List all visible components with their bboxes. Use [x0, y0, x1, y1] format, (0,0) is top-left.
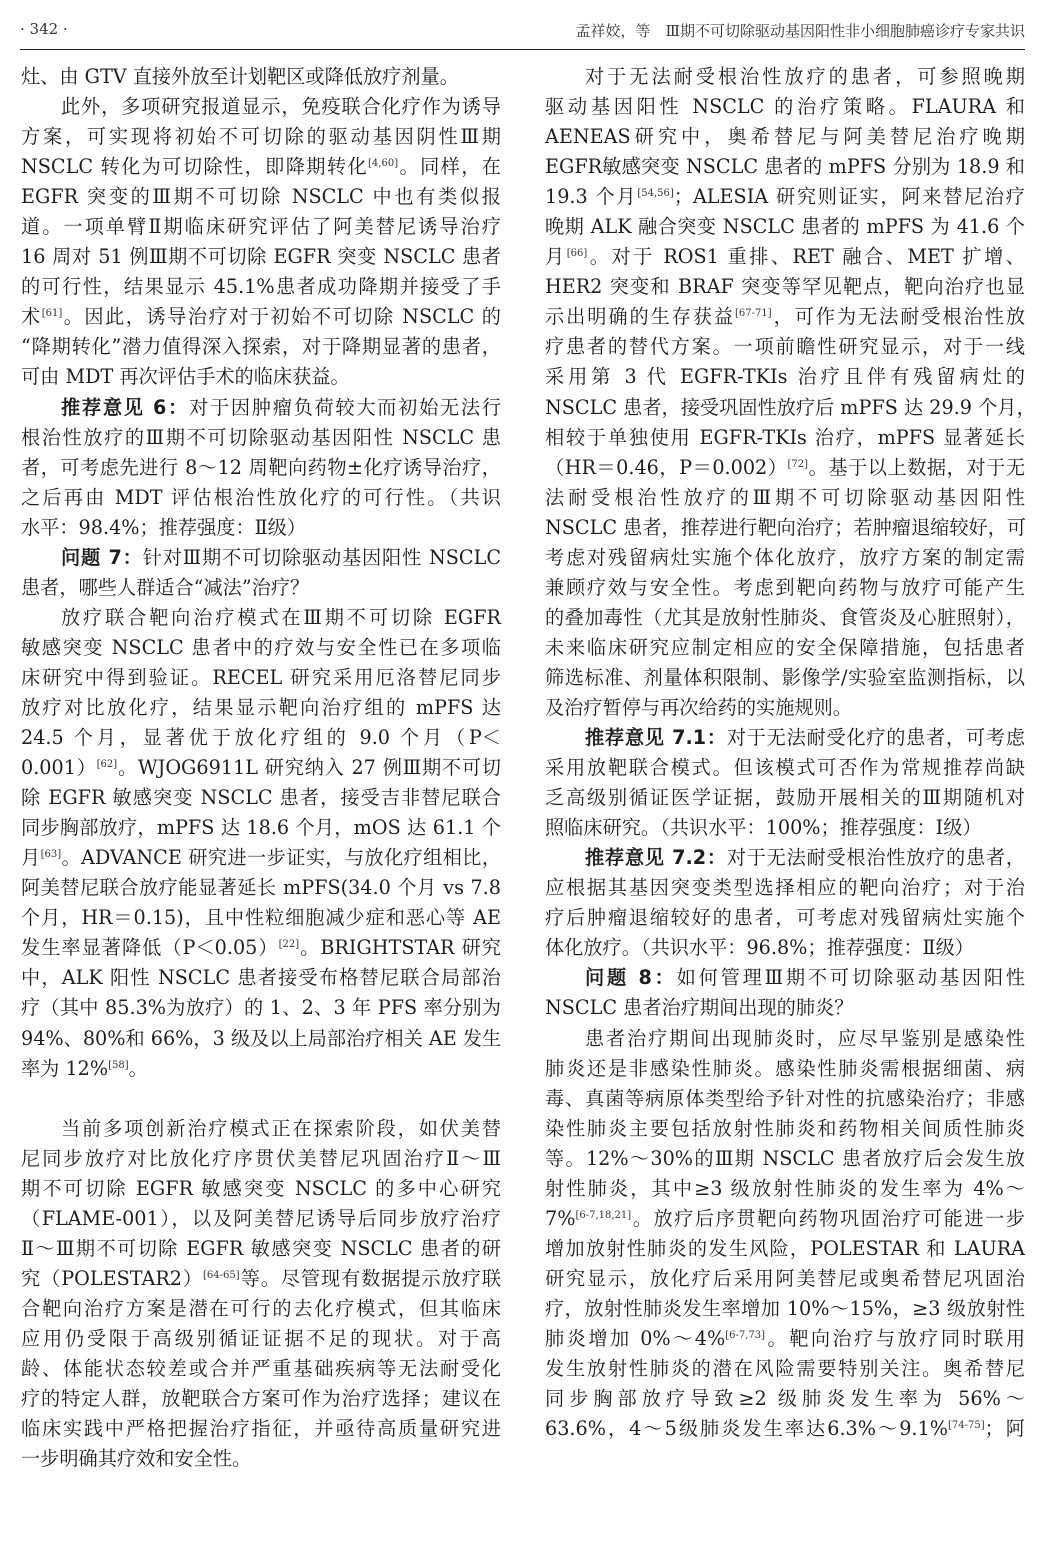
text-line: 问题 8：如何管理Ⅲ期不可切除驱动基因阳性 — [545, 963, 1025, 993]
page-number: · 342 · — [20, 20, 68, 38]
text-line: 方案，可实现将初始不可切除的驱动基因阴性Ⅲ期 — [21, 122, 501, 152]
text-line: 一步明确其疗效和安全性。 — [21, 1444, 501, 1474]
text-line: 根治性放疗的Ⅲ期不可切除驱动基因阳性 NSCLC 患 — [21, 423, 501, 453]
text-line: 月[63]。ADVANCE 研究进一步证实，与放化疗组相比， — [21, 843, 501, 873]
citation: [62] — [97, 759, 118, 770]
text-line — [21, 1084, 501, 1114]
text-line: 增加放射性肺炎的发生风险，POLESTAR 和 LAURA — [545, 1234, 1025, 1264]
page-header: · 342 · 孟祥姣，等 Ⅲ期不可切除驱动基因阳性非小细胞肺癌诊疗专家共识 — [20, 14, 1025, 50]
text-line: 驱动基因阳性 NSCLC 的治疗策略。FLAURA 和 — [545, 92, 1025, 122]
text-line: 除 EGFR 敏感突变 NSCLC 患者，接受吉非替尼联合 — [21, 783, 501, 813]
text-line: 16 周对 51 例Ⅲ期不可切除 EGFR 突变 NSCLC 患者 — [21, 242, 501, 272]
text-line: 临床实践中严格把握治疗指征，并亟待高质量研究进 — [21, 1414, 501, 1444]
bold-label: 推荐意见 6： — [61, 396, 189, 419]
text-line: 疗（其中 85.3%为放疗）的 1、2、3 年 PFS 率分别为 — [21, 993, 501, 1023]
citation: [6-7,18,21] — [575, 1210, 631, 1221]
text-line: 此外，多项研究报道显示，免疫联合化疗作为诱导 — [21, 92, 501, 122]
citation: [67-71] — [735, 308, 772, 319]
text-line: 放疗对比放化疗，结果显示靶向治疗组的 mPFS 达 — [21, 693, 501, 723]
text-line: 龄、体能状态较差或合并严重基础疾病等无法耐受化 — [21, 1354, 501, 1384]
text-line: 道。一项单臂Ⅱ期临床研究评估了阿美替尼诱导治疗 — [21, 212, 501, 242]
text-line: 及治疗暂停与再次给药的实施规则。 — [545, 693, 1025, 723]
text-line: 当前多项创新治疗模式正在探索阶段，如伏美替 — [21, 1114, 501, 1144]
text-line: Ⅱ～Ⅲ期不可切除 EGFR 敏感突变 NSCLC 患者的研 — [21, 1234, 501, 1264]
text-line: 中，ALK 阳性 NSCLC 患者接受布格替尼联合局部治 — [21, 963, 501, 993]
text-line: 疗患者的替代方案。一项前瞻性研究显示，对于一线 — [545, 332, 1025, 362]
text-line: 研究显示，放化疗后采用阿美替尼或奥希替尼巩固治 — [545, 1264, 1025, 1294]
text-line: AENEAS研究中，奥希替尼与阿美替尼治疗晚期 — [545, 122, 1025, 152]
text-line: 未来临床研究应制定相应的安全保障措施，包括患者 — [545, 633, 1025, 663]
text-line: 0.001）[62]。WJOG6911L 研究纳入 27 例Ⅲ期不可切 — [21, 753, 501, 783]
text-line: “降期转化”潜力值得深入探索，对于降期显著的患者， — [21, 332, 501, 362]
text-line: NSCLC 患者，推荐进行靶向治疗；若肿瘤退缩较好，可 — [545, 513, 1025, 543]
text-line: （HR＝0.46，P＝0.002）[72]。基于以上数据，对于无 — [545, 453, 1025, 483]
text-line: 对于无法耐受根治性放疗的患者，可参照晚期 — [545, 62, 1025, 92]
text-line: 可由 MDT 再次评估手术的临床获益。 — [21, 362, 501, 392]
text-line: 照临床研究。（共识水平：100%；推荐强度：Ⅰ级） — [545, 813, 1025, 843]
text-line: 放疗联合靶向治疗模式在Ⅲ期不可切除 EGFR — [21, 603, 501, 633]
text-line: 发生放射性肺炎的潜在风险需要特别关注。奥希替尼 — [545, 1354, 1025, 1384]
text-line: 法耐受根治性放疗的Ⅲ期不可切除驱动基因阳性 — [545, 483, 1025, 513]
text-line: 应用仍受限于高级别循证证据不足的现状。对于高 — [21, 1324, 501, 1354]
text-line: 患者，哪些人群适合“减法”治疗？ — [21, 573, 501, 603]
text-line: 疗，放射性肺炎发生率增加 10%～15%，≥3 级放射性 — [545, 1294, 1025, 1324]
citation: [74-75] — [948, 1420, 985, 1431]
text-line: 水平：98.4%；推荐强度：Ⅱ级） — [21, 513, 501, 543]
text-line: 示出明确的生存获益[67-71]，可作为无法耐受根治性放 — [545, 302, 1025, 332]
citation: [54,56] — [637, 188, 673, 199]
citation: [22] — [279, 939, 300, 950]
text-line: 染性肺炎主要包括放射性肺炎和药物相关间质性肺炎 — [545, 1114, 1025, 1144]
text-line: NSCLC 转化为可切除性，即降期转化[4,60]。同样，在 — [21, 152, 501, 182]
text-line: 敏感突变 NSCLC 患者中的疗效与安全性已在多项临 — [21, 633, 501, 663]
text-line: HER2 突变和 BRAF 突变等罕见靶点，靶向治疗也显 — [545, 272, 1025, 302]
text-line: 94%、80%和 66%，3 级及以上局部治疗相关 AE 发生 — [21, 1024, 501, 1054]
citation: [58] — [108, 1060, 129, 1071]
text-line: 考虑对残留病灶实施个体化放疗，放疗方案的制定需 — [545, 543, 1025, 573]
text-line: 患者治疗期间出现肺炎时，应尽早鉴别是感染性 — [545, 1024, 1025, 1054]
text-line: 问题 7：针对Ⅲ期不可切除驱动基因阳性 NSCLC — [21, 543, 501, 573]
bold-label: 问题 8： — [585, 966, 677, 989]
text-line: 7%[6-7,18,21]。放疗后序贯靶向药物巩固治疗可能进一步 — [545, 1204, 1025, 1234]
text-line: 灶、由 GTV 直接外放至计划靶区或降低放疗剂量。 — [21, 62, 501, 92]
text-line: 月[66]。对于 ROS1 重排、RET 融合、MET 扩增、 — [545, 242, 1025, 272]
text-line: 等。12%～30%的Ⅲ期 NSCLC 患者放疗后会发生放 — [545, 1144, 1025, 1174]
text-line: NSCLC 患者，接受巩固性放疗后 mPFS 达 29.9 个月， — [545, 393, 1025, 423]
text-line: 疗的特定人群，放靶联合方案可作为治疗选择；建议在 — [21, 1384, 501, 1414]
text-line: 19.3 个月[54,56]；ALESIA 研究则证实，阿来替尼治疗 — [545, 182, 1025, 212]
bold-label: 推荐意见 7.2： — [585, 846, 727, 869]
citation: [64-65] — [203, 1270, 240, 1281]
text-line: 率为 12%[58]。 — [21, 1054, 501, 1084]
text-line: 肺炎还是非感染性肺炎。感染性肺炎需根据细菌、病 — [545, 1054, 1025, 1084]
text-line: 发生率显著降低（P＜0.05）[22]。BRIGHTSTAR 研究 — [21, 933, 501, 963]
text-line: 采用放靶联合模式。但该模式可否作为常规推荐尚缺 — [545, 753, 1025, 783]
text-line: 之后再由 MDT 评估根治性放化疗的可行性。（共识 — [21, 483, 501, 513]
text-line: 推荐意见 7.2：对于无法耐受根治性放疗的患者， — [545, 843, 1025, 873]
text-line: 相较于单独使用 EGFR-TKIs 治疗，mPFS 显著延长 — [545, 423, 1025, 453]
text-line: 术[61]。因此，诱导治疗对于初始不可切除 NSCLC 的 — [21, 302, 501, 332]
text-line: 床研究中得到验证。RECEL 研究采用厄洛替尼同步 — [21, 663, 501, 693]
text-line: EGFR敏感突变 NSCLC 患者的 mPFS 分别为 18.9 和 — [545, 152, 1025, 182]
text-line: 晚期 ALK 融合突变 NSCLC 患者的 mPFS 为 41.6 个 — [545, 212, 1025, 242]
text-line: 合靶向治疗方案是潜在可行的去化疗模式，但其临床 — [21, 1294, 501, 1324]
text-line: 射性肺炎，其中≥3 级放射性肺炎的发生率为 4%～ — [545, 1174, 1025, 1204]
right-column: 对于无法耐受根治性放疗的患者，可参照晚期驱动基因阳性 NSCLC 的治疗策略。F… — [545, 62, 1025, 1444]
text-line: 期不可切除 EGFR 敏感突变 NSCLC 的多中心研究 — [21, 1174, 501, 1204]
text-line: 的叠加毒性（尤其是放射性肺炎、食管炎及心脏照射）， — [545, 603, 1025, 633]
citation: [61] — [42, 308, 63, 319]
citation: [66] — [567, 248, 588, 259]
text-line: 兼顾疗效与安全性。考虑到靶向药物与放疗可能产生 — [545, 573, 1025, 603]
text-line: 的可行性，结果显示 45.1%患者成功降期并接受了手 — [21, 272, 501, 302]
citation: [6-7,73] — [725, 1330, 765, 1341]
text-line: 推荐意见 6：对于因肿瘤负荷较大而初始无法行 — [21, 393, 501, 423]
text-line: 应根据其基因突变类型选择相应的靶向治疗；对于治 — [545, 873, 1025, 903]
text-line: 推荐意见 7.1：对于无法耐受化疗的患者，可考虑 — [545, 723, 1025, 753]
text-line: 究（POLESTAR2）[64-65]等。尽管现有数据提示放疗联 — [21, 1264, 501, 1294]
text-line: 者，可考虑先进行 8～12 周靶向药物±化疗诱导治疗， — [21, 453, 501, 483]
citation: [72] — [788, 459, 809, 470]
left-column: 灶、由 GTV 直接外放至计划靶区或降低放疗剂量。此外，多项研究报道显示，免疫联… — [21, 62, 501, 1474]
text-line: （FLAME-001），以及阿美替尼诱导后同步放疗治疗 — [21, 1204, 501, 1234]
text-line: NSCLC 患者治疗期间出现的肺炎？ — [545, 993, 1025, 1023]
citation: [63] — [41, 849, 62, 860]
running-title: 孟祥姣，等 Ⅲ期不可切除驱动基因阳性非小细胞肺癌诊疗专家共识 — [576, 20, 1025, 41]
bold-label: 问题 7： — [61, 546, 143, 569]
text-line: 体化放疗。（共识水平：96.8%；推荐强度：Ⅱ级） — [545, 933, 1025, 963]
text-line: 疗后肿瘤退缩较好的患者，可考虑对残留病灶实施个 — [545, 903, 1025, 933]
text-line: 毒、真菌等病原体类型给予针对性的抗感染治疗；非感 — [545, 1084, 1025, 1114]
text-line: 采用第 3 代 EGFR-TKIs 治疗且伴有残留病灶的 — [545, 362, 1025, 392]
text-line: 筛选标准、剂量体积限制、影像学/实验室监测指标，以 — [545, 663, 1025, 693]
text-line: 63.6%，4～5级肺炎发生率达6.3%～9.1%[74-75]；阿 — [545, 1414, 1025, 1444]
text-line: 同步胸部放疗，mPFS 达 18.6 个月，mOS 达 61.1 个 — [21, 813, 501, 843]
text-line: 尼同步放疗对比放化疗序贯伏美替尼巩固治疗Ⅱ～Ⅲ — [21, 1144, 501, 1174]
text-line: 乏高级别循证医学证据，鼓励开展相关的Ⅲ期随机对 — [545, 783, 1025, 813]
text-line: 24.5 个月，显著优于放化疗组的 9.0 个月（P＜ — [21, 723, 501, 753]
text-line: 肺炎增加 0%～4%[6-7,73]。靶向治疗与放疗同时联用 — [545, 1324, 1025, 1354]
text-line: 个月，HR＝0.15)，且中性粒细胞减少症和恶心等 AE — [21, 903, 501, 933]
text-line: 同步胸部放疗导致≥2 级肺炎发生率为 56%～ — [545, 1384, 1025, 1414]
citation: [4,60] — [368, 158, 398, 169]
text-line: 阿美替尼联合放疗能显著延长 mPFS(34.0 个月 vs 7.8 — [21, 873, 501, 903]
bold-label: 推荐意见 7.1： — [585, 726, 727, 749]
text-line: EGFR 突变的Ⅲ期不可切除 NSCLC 中也有类似报 — [21, 182, 501, 212]
